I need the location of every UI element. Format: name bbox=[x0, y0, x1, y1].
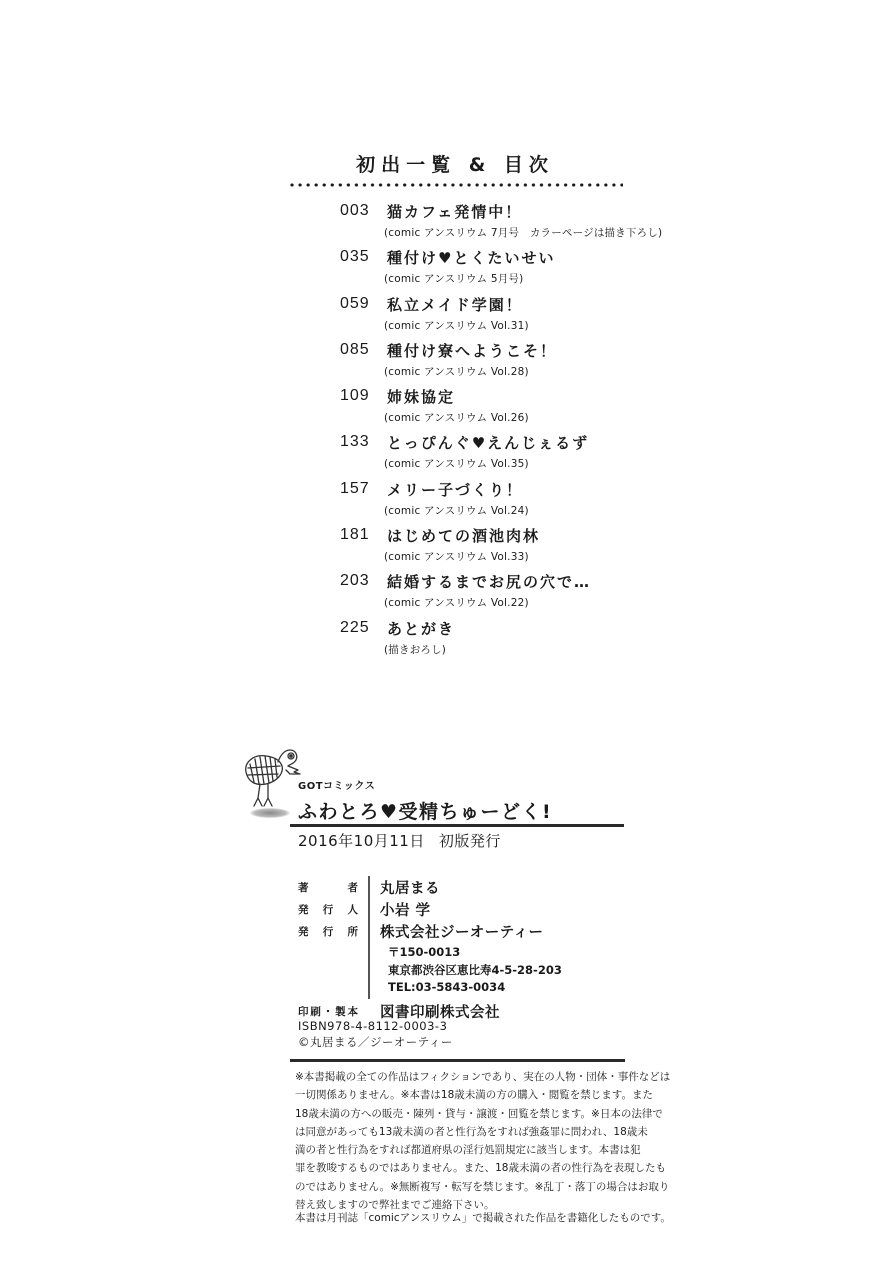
colophon-page: 初出一覧 & 目次 003 猫カフェ発情中！ (comic アンスリウム 7月号… bbox=[0, 0, 871, 1280]
bird-shadow bbox=[250, 808, 290, 818]
toc-story-title: 猫カフェ発情中！ bbox=[387, 201, 522, 222]
toc-entry: 035 種付け♥とくたいせい (comic アンスリウム 5月号) bbox=[340, 248, 640, 294]
colophon-label: 著 者 bbox=[298, 880, 358, 895]
toc-source: (comic アンスリウム 7月号 カラーページは描き下ろし) bbox=[384, 225, 662, 240]
colophon-label: 発 行 所 bbox=[298, 924, 358, 939]
copyright: ©丸居まる／ジーオーティー bbox=[298, 1034, 453, 1050]
toc-entry: 085 種付け寮へようこそ！ (comic アンスリウム Vol.28) bbox=[340, 341, 640, 387]
notice-rule bbox=[290, 1059, 625, 1062]
toc-story-title: メリー子づくり！ bbox=[387, 479, 523, 500]
toc-source: (comic アンスリウム Vol.24) bbox=[384, 503, 529, 518]
title-rule bbox=[290, 824, 624, 827]
publication-date-line: 2016年10月11日初版発行 bbox=[298, 830, 501, 851]
source-note: 本書は月刊誌「comicアンスリウム」で掲載された作品を書籍化したものです。 bbox=[295, 1210, 671, 1225]
notice-line: 18歳未満の方への販売・陳列・貸与・譲渡・回覧を禁じます。※日本の法律で bbox=[295, 1105, 625, 1123]
street-address: 東京都渋谷区恵比寿4-5-28-203 bbox=[388, 962, 562, 978]
toc-entry: 109 姉妹協定 (comic アンスリウム Vol.26) bbox=[340, 387, 640, 433]
toc-source: (comic アンスリウム Vol.35) bbox=[384, 456, 529, 471]
toc-source: (comic アンスリウム Vol.28) bbox=[384, 364, 529, 379]
colophon-row-author: 著 者 丸居まる bbox=[298, 877, 628, 899]
legal-notice: ※本書掲載の全ての作品はフィクションであり、実在の人物・団体・事件などは 一切関… bbox=[295, 1068, 625, 1214]
toc-story-title: 結婚するまでお尻の穴で… bbox=[387, 571, 591, 592]
colophon-value: 丸居まる bbox=[380, 877, 440, 898]
colophon-row-publisher-person: 発 行 人 小岩 学 bbox=[298, 899, 628, 921]
toc-source: (comic アンスリウム Vol.33) bbox=[384, 549, 529, 564]
toc-story-title: はじめての酒池肉林 bbox=[387, 525, 540, 546]
toc-entry: 225 あとがき (描きおろし) bbox=[340, 619, 640, 665]
dotted-divider bbox=[288, 183, 623, 187]
toc-story-title: 姉妹協定 bbox=[387, 386, 455, 407]
series-label: GOTコミックス bbox=[298, 777, 375, 792]
toc-page-number: 003 bbox=[340, 202, 370, 220]
toc-entry: 157 メリー子づくり！ (comic アンスリウム Vol.24) bbox=[340, 480, 640, 526]
toc-source: (comic アンスリウム 5月号) bbox=[384, 271, 523, 286]
toc-page-number: 203 bbox=[340, 572, 370, 590]
toc-entry: 059 私立メイド学園！ (comic アンスリウム Vol.31) bbox=[340, 295, 640, 341]
toc-page-number: 035 bbox=[340, 248, 370, 266]
toc-story-title: 私立メイド学園！ bbox=[387, 294, 523, 315]
toc-source: (comic アンスリウム Vol.26) bbox=[384, 410, 529, 425]
toc-page-number: 109 bbox=[340, 387, 370, 405]
toc-page-number: 059 bbox=[340, 295, 370, 313]
telephone: TEL:03-5843-0034 bbox=[388, 980, 505, 994]
toc-list: 003 猫カフェ発情中！ (comic アンスリウム 7月号 カラーページは描き… bbox=[340, 202, 640, 665]
notice-line: 罪を教唆するものではありません。また、18歳未満の者の性行為を表現したも bbox=[295, 1159, 625, 1177]
notice-line: 一切関係ありません。※本書は18歳未満の方の購入・閲覧を禁じます。また bbox=[295, 1086, 625, 1104]
toc-page-number: 157 bbox=[340, 480, 370, 498]
postal-code: 〒150-0013 bbox=[388, 944, 460, 960]
colophon-label: 印刷・製本 bbox=[298, 1004, 358, 1019]
toc-story-title: 種付け♥とくたいせい bbox=[387, 247, 555, 268]
toc-entry: 133 とっぴんぐ♥えんじぇるず (comic アンスリウム Vol.35) bbox=[340, 433, 640, 479]
colophon-label: 発 行 人 bbox=[298, 902, 358, 917]
notice-line: ※本書掲載の全ての作品はフィクションであり、実在の人物・団体・事件などは bbox=[295, 1068, 625, 1086]
toc-story-title: 種付け寮へようこそ！ bbox=[387, 340, 557, 361]
notice-line: のではありません。※無断複写・転写を禁じます。※乱丁・落丁の場合はお取り bbox=[295, 1178, 625, 1196]
notice-line: は同意があっても13歳未満の者と性行為をすれば強姦罪に問われ、18歳未 bbox=[295, 1123, 625, 1141]
toc-source: (comic アンスリウム Vol.31) bbox=[384, 318, 529, 333]
toc-source: (描きおろし) bbox=[384, 642, 446, 657]
toc-heading: 初出一覧 & 目次 bbox=[288, 150, 622, 177]
toc-entry: 003 猫カフェ発情中！ (comic アンスリウム 7月号 カラーページは描き… bbox=[340, 202, 640, 248]
toc-page-number: 085 bbox=[340, 341, 370, 359]
toc-page-number: 225 bbox=[340, 619, 370, 637]
book-title: ふわとろ♥受精ちゅーどく! bbox=[298, 797, 552, 824]
toc-source: (comic アンスリウム Vol.22) bbox=[384, 595, 529, 610]
toc-story-title: とっぴんぐ♥えんじぇるず bbox=[387, 432, 589, 453]
toc-entry: 181 はじめての酒池肉林 (comic アンスリウム Vol.33) bbox=[340, 526, 640, 572]
notice-line: 満の者と性行為をすれば都道府県の淫行処罰規定に該当します。本書は犯 bbox=[295, 1141, 625, 1159]
edition-label: 初版発行 bbox=[439, 832, 501, 850]
colophon-value: 株式会社ジーオーティー bbox=[380, 921, 544, 942]
publisher-address: 〒150-0013 東京都渋谷区恵比寿4-5-28-203 TEL:03-584… bbox=[298, 943, 628, 1001]
colophon-value: 小岩 学 bbox=[380, 899, 431, 920]
publication-date: 2016年10月11日 bbox=[298, 832, 425, 850]
toc-story-title: あとがき bbox=[387, 618, 455, 639]
toc-page-number: 133 bbox=[340, 433, 370, 451]
toc-entry: 203 結婚するまでお尻の穴で… (comic アンスリウム Vol.22) bbox=[340, 572, 640, 618]
colophon-table: 著 者 丸居まる 発 行 人 小岩 学 発 行 所 株式会社ジーオーティー 〒1… bbox=[298, 877, 628, 1023]
toc-page-number: 181 bbox=[340, 526, 370, 544]
isbn: ISBN978-4-8112-0003-3 bbox=[298, 1019, 447, 1033]
colophon-row-publisher: 発 行 所 株式会社ジーオーティー bbox=[298, 921, 628, 943]
